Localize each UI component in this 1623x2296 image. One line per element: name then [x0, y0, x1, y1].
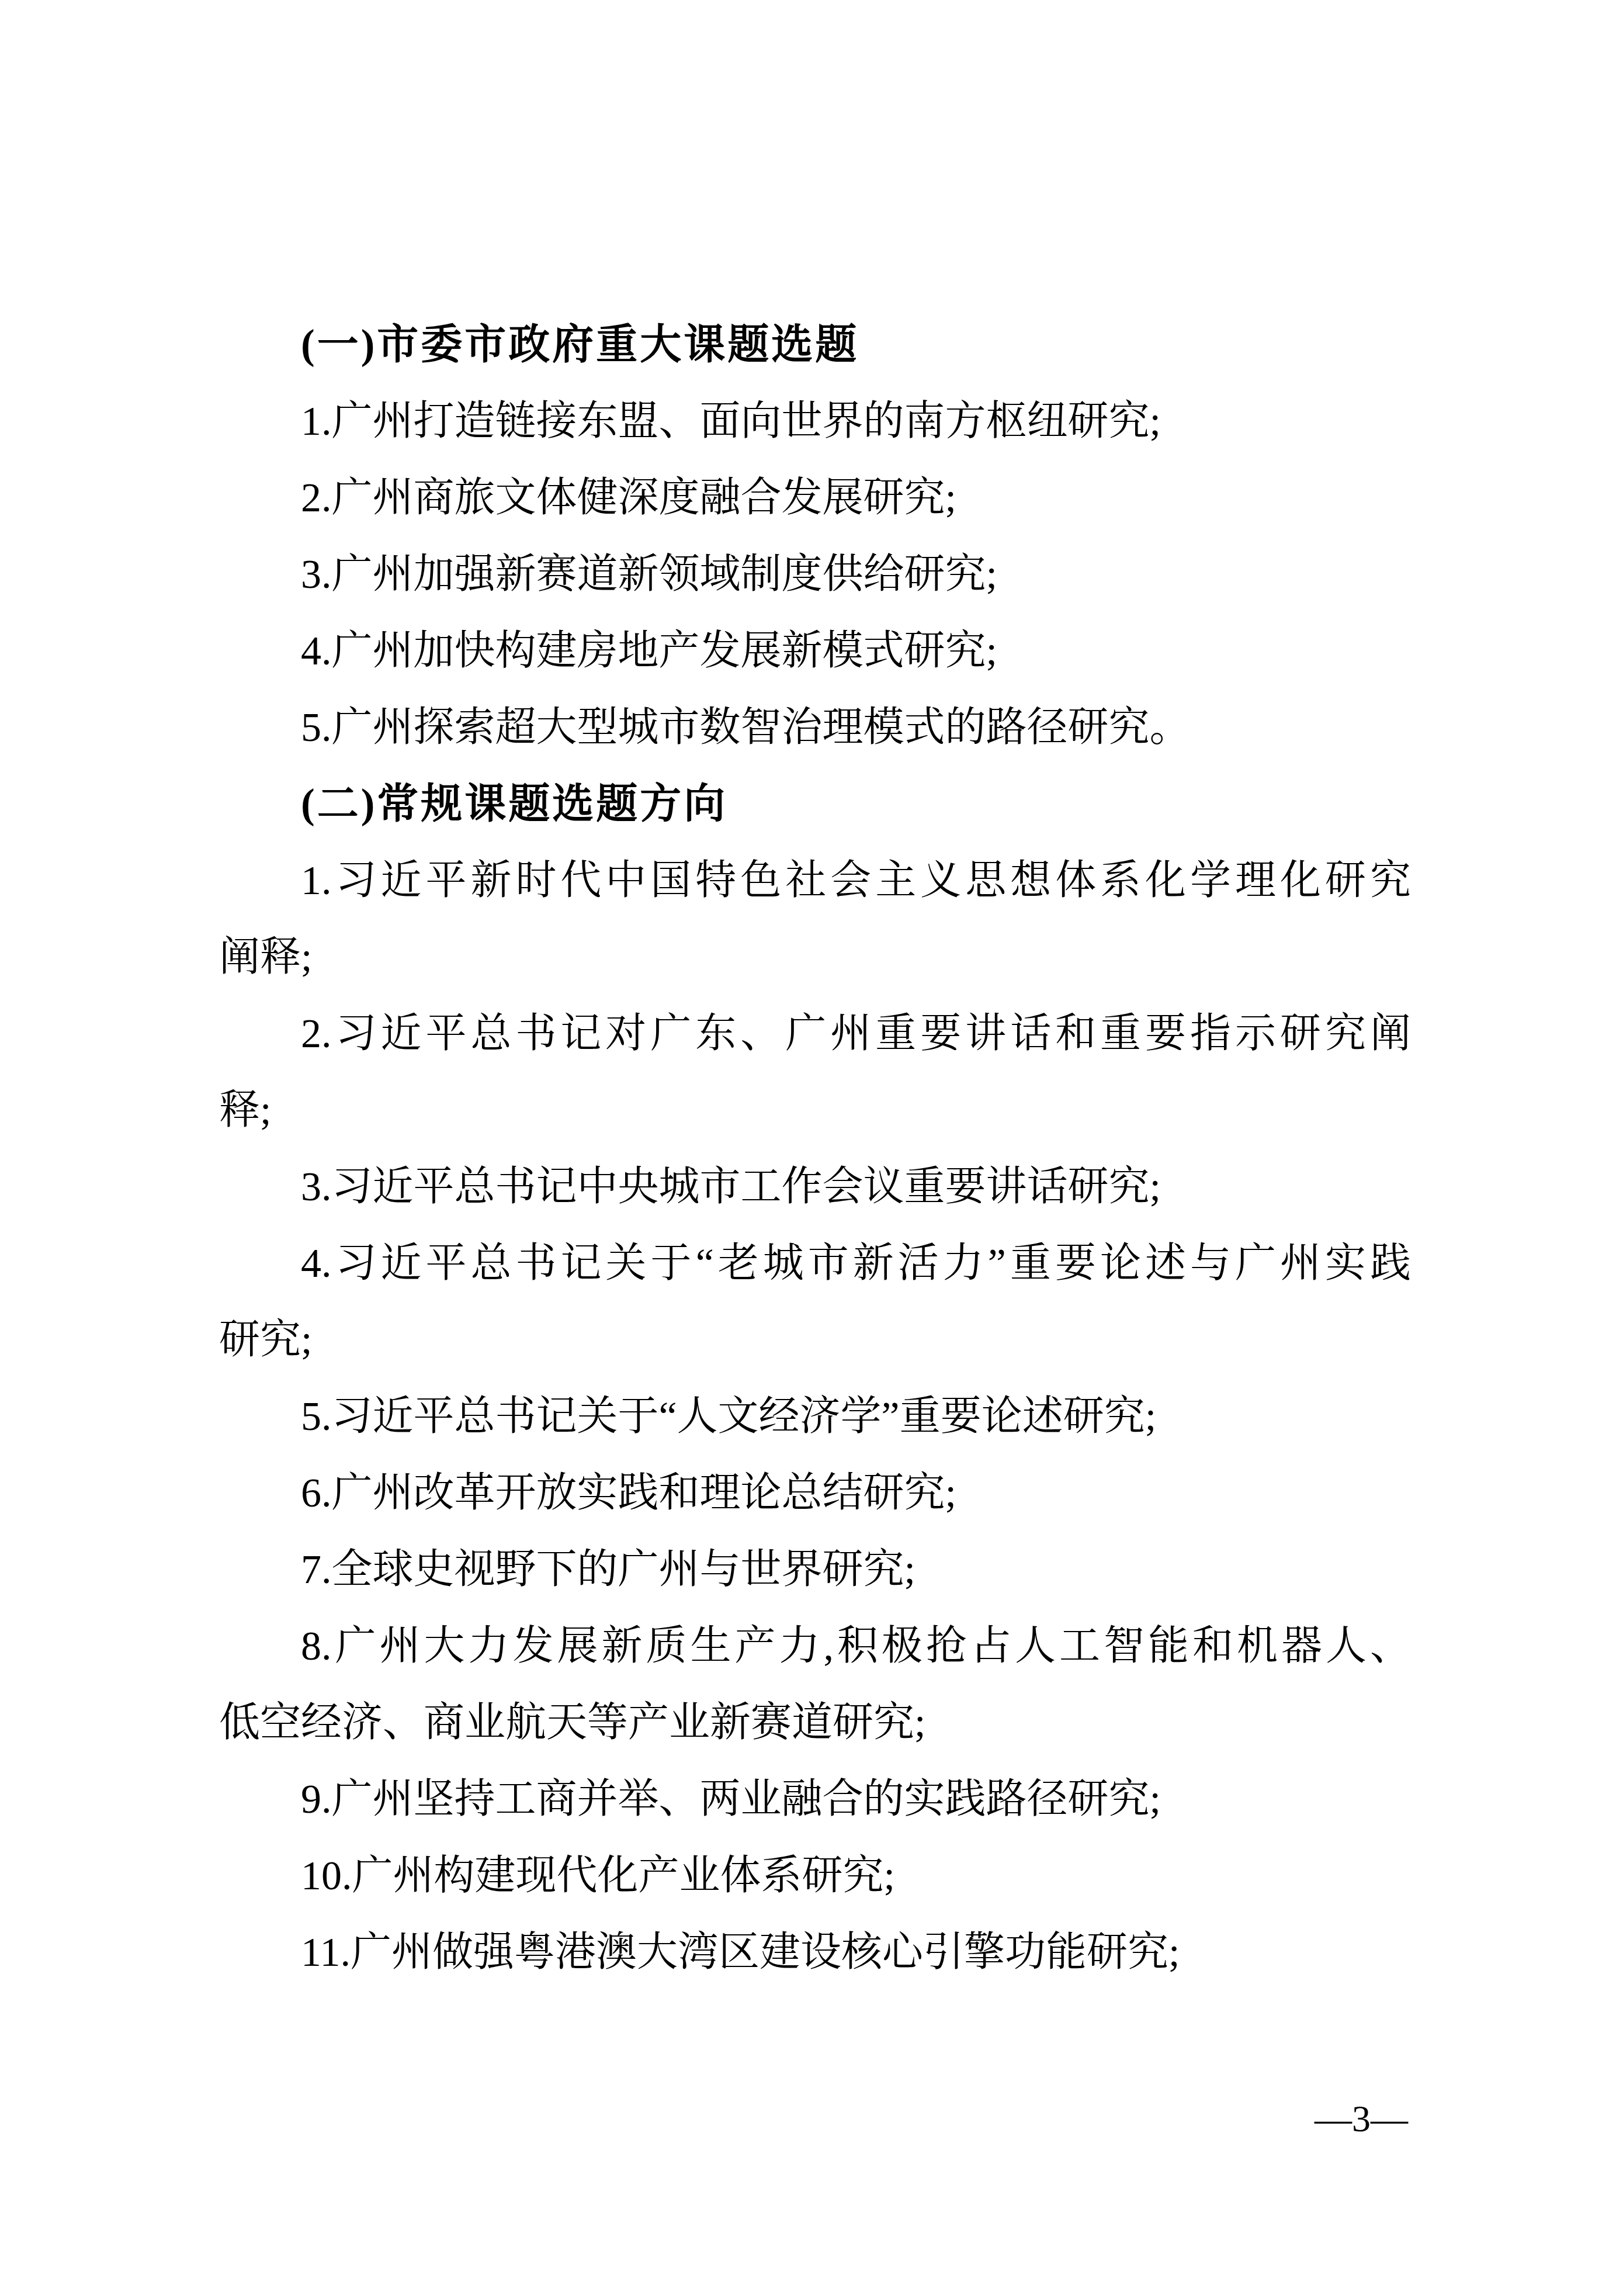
item-line: 释;	[219, 1072, 1411, 1149]
item-line: 9.广州坚持工商并举、两业融合的实践路径研究;	[219, 1761, 1411, 1838]
item-line: 11.广州做强粤港澳大湾区建设核心引擎功能研究;	[219, 1914, 1411, 1991]
item-line: 1.习近平新时代中国特色社会主义思想体系化学理化研究	[219, 843, 1411, 919]
item-line: 4.习近平总书记关于“老城市新活力”重要论述与广州实践	[219, 1225, 1411, 1302]
item-line: 7.全球史视野下的广州与世界研究;	[219, 1532, 1411, 1608]
item-line: 5.广州探索超大型城市数智治理模式的路径研究。	[219, 690, 1411, 766]
item-line: 研究;	[219, 1302, 1411, 1379]
item-line: 10.广州构建现代化产业体系研究;	[219, 1838, 1411, 1914]
item-line: 低空经济、商业航天等产业新赛道研究;	[219, 1685, 1411, 1761]
item-line: 2.习近平总书记对广东、广州重要讲话和重要指示研究阐	[219, 996, 1411, 1072]
section-heading: (一)市委市政府重大课题选题	[219, 307, 1411, 383]
item-line: 2.广州商旅文体健深度融合发展研究;	[219, 460, 1411, 536]
document-body: (一)市委市政府重大课题选题1.广州打造链接东盟、面向世界的南方枢纽研究;2.广…	[219, 307, 1411, 1991]
item-line: 1.广州打造链接东盟、面向世界的南方枢纽研究;	[219, 383, 1411, 460]
page-number: —3—	[1315, 2099, 1408, 2139]
item-line: 3.广州加强新赛道新领域制度供给研究;	[219, 536, 1411, 613]
section-heading: (二)常规课题选题方向	[219, 766, 1411, 843]
item-line: 3.习近平总书记中央城市工作会议重要讲话研究;	[219, 1149, 1411, 1225]
item-line: 8.广州大力发展新质生产力,积极抢占人工智能和机器人、	[219, 1608, 1411, 1685]
item-line: 阐释;	[219, 919, 1411, 996]
item-line: 4.广州加快构建房地产发展新模式研究;	[219, 613, 1411, 690]
item-line: 5.习近平总书记关于“人文经济学”重要论述研究;	[219, 1379, 1411, 1455]
document-page: (一)市委市政府重大课题选题1.广州打造链接东盟、面向世界的南方枢纽研究;2.广…	[0, 0, 1623, 2296]
item-line: 6.广州改革开放实践和理论总结研究;	[219, 1455, 1411, 1532]
